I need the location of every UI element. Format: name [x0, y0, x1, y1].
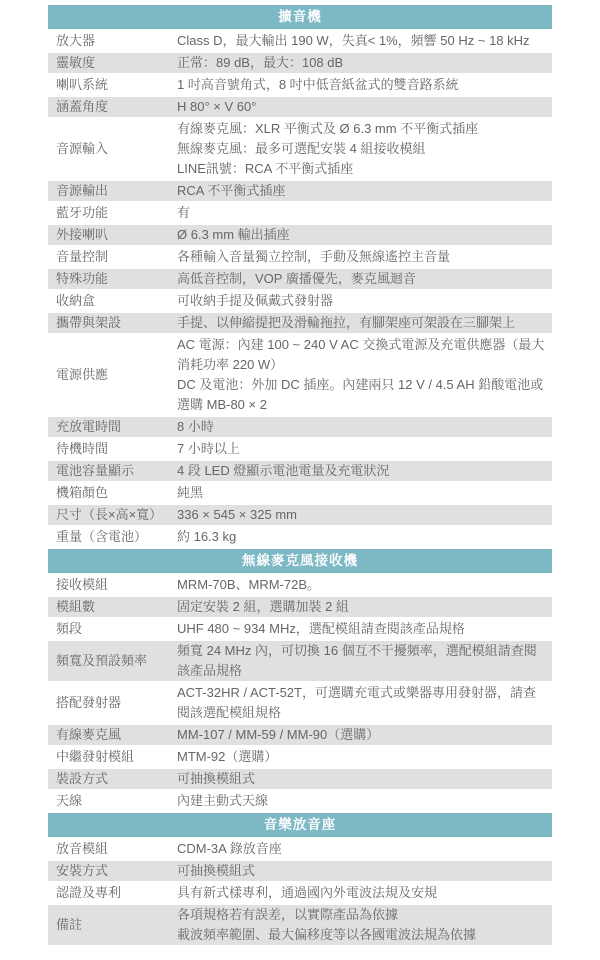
spec-row: 天線內建主動式天線: [48, 791, 552, 813]
spec-section: 音樂放音座放音模組CDM-3A 錄放音座安裝方式可抽換模組式認證及專利具有新式樣…: [48, 813, 552, 947]
row-value: 可收納手提及佩戴式發射器: [177, 291, 552, 311]
spec-row: 安裝方式可抽換模組式: [48, 861, 552, 883]
row-label: 涵蓋角度: [48, 97, 177, 117]
row-label: 外接喇叭: [48, 225, 177, 245]
row-value: 8 小時: [177, 417, 552, 437]
spec-row: 認證及專利具有新式樣專利，通過國內外電波法規及安規: [48, 883, 552, 905]
row-label: 接收模組: [48, 575, 177, 595]
row-label: 電池容量顯示: [48, 461, 177, 481]
row-value: 336 × 545 × 325 mm: [177, 505, 552, 525]
row-label: 認證及專利: [48, 883, 177, 903]
spec-row: 重量（含電池）約 16.3 kg: [48, 527, 552, 549]
spec-row: 放音模組CDM-3A 錄放音座: [48, 839, 552, 861]
spec-row: 特殊功能高低音控制，VOP 廣播優先，麥克風迴音: [48, 269, 552, 291]
row-value: 正常：89 dB，最大：108 dB: [177, 53, 552, 73]
spec-row: 頻段UHF 480 ~ 934 MHz，選配模組請查閱該產品規格: [48, 619, 552, 641]
row-label: 音源輸入: [48, 139, 177, 159]
spec-row: 音源輸出RCA 不平衡式插座: [48, 181, 552, 203]
row-label: 音量控制: [48, 247, 177, 267]
row-value: 具有新式樣專利，通過國內外電波法規及安規: [177, 883, 552, 903]
row-value: 約 16.3 kg: [177, 527, 552, 547]
row-value: 7 小時以上: [177, 439, 552, 459]
row-value: UHF 480 ~ 934 MHz，選配模組請查閱該產品規格: [177, 619, 552, 639]
row-value: Class D，最大輸出 190 W，失真< 1%，頻響 50 Hz ~ 18 …: [177, 31, 552, 51]
row-label: 電源供應: [48, 365, 177, 385]
spec-row: 電源供應AC 電源：內建 100 ~ 240 V AC 交換式電源及充電供應器（…: [48, 335, 552, 417]
row-label: 中繼發射模組: [48, 747, 177, 767]
value-line: 各項規格若有誤差，以實際產品為依據: [177, 905, 546, 925]
spec-row: 攜帶與架設手提、以伸縮提把及滑輪拖拉，有腳架座可架設在三腳架上: [48, 313, 552, 335]
spec-table: 擴音機放大器Class D，最大輸出 190 W，失真< 1%，頻響 50 Hz…: [48, 5, 552, 947]
row-label: 有線麥克風: [48, 725, 177, 745]
value-line: AC 電源：內建 100 ~ 240 V AC 交換式電源及充電供應器（最大消耗…: [177, 335, 546, 375]
row-value: MTM-92（選購）: [177, 747, 552, 767]
spec-row: 模組數固定安裝 2 組，選購加裝 2 組: [48, 597, 552, 619]
row-label: 天線: [48, 791, 177, 811]
row-label: 特殊功能: [48, 269, 177, 289]
section-header: 擴音機: [48, 5, 552, 31]
row-label: 待機時間: [48, 439, 177, 459]
value-line: DC 及電池：外加 DC 插座。內建兩只 12 V / 4.5 AH 鉛酸電池或…: [177, 375, 546, 415]
row-label: 喇叭系統: [48, 75, 177, 95]
spec-row: 靈敏度正常：89 dB，最大：108 dB: [48, 53, 552, 75]
row-value: 純黑: [177, 483, 552, 503]
spec-row: 涵蓋角度H 80° × V 60°: [48, 97, 552, 119]
spec-row: 音源輸入有線麥克風：XLR 平衡式及 Ø 6.3 mm 不平衡式插座無線麥克風：…: [48, 119, 552, 181]
row-label: 安裝方式: [48, 861, 177, 881]
row-value: 1 吋高音號角式，8 吋中低音紙盆式的雙音路系統: [177, 75, 552, 95]
spec-row: 收納盒可收納手提及佩戴式發射器: [48, 291, 552, 313]
row-label: 尺寸（長×高×寬）: [48, 505, 177, 525]
section-header: 無線麥克風接收機: [48, 549, 552, 575]
spec-row: 裝設方式可抽換模組式: [48, 769, 552, 791]
row-label: 攜帶與架設: [48, 313, 177, 333]
row-label: 機箱顏色: [48, 483, 177, 503]
row-label: 音源輸出: [48, 181, 177, 201]
row-label: 重量（含電池）: [48, 527, 177, 547]
value-line: 無線麥克風：最多可選配安裝 4 組接收模組: [177, 139, 546, 159]
row-label: 頻寬及預設頻率: [48, 651, 177, 671]
row-value: 內建主動式天線: [177, 791, 552, 811]
value-line: 有線麥克風：XLR 平衡式及 Ø 6.3 mm 不平衡式插座: [177, 119, 546, 139]
spec-row: 外接喇叭Ø 6.3 mm 輸出插座: [48, 225, 552, 247]
row-value: 頻寬 24 MHz 內，可切換 16 個互不干擾頻率，選配模組請查閱該產品規格: [177, 641, 552, 681]
row-value: CDM-3A 錄放音座: [177, 839, 552, 859]
row-label: 放音模組: [48, 839, 177, 859]
row-value: 各種輸入音量獨立控制，手動及無線遙控主音量: [177, 247, 552, 267]
row-value: Ø 6.3 mm 輸出插座: [177, 225, 552, 245]
spec-row: 充放電時間8 小時: [48, 417, 552, 439]
value-line: 載波頻率範圍、最大偏移度等以各國電波法規為依據: [177, 925, 546, 945]
row-label: 靈敏度: [48, 53, 177, 73]
spec-row: 頻寬及預設頻率頻寬 24 MHz 內，可切換 16 個互不干擾頻率，選配模組請查…: [48, 641, 552, 683]
row-label: 裝設方式: [48, 769, 177, 789]
row-label: 放大器: [48, 31, 177, 51]
row-value: MRM-70B、MRM-72B。: [177, 575, 552, 595]
row-value: RCA 不平衡式插座: [177, 181, 552, 201]
row-value: 有線麥克風：XLR 平衡式及 Ø 6.3 mm 不平衡式插座無線麥克風：最多可選…: [177, 119, 552, 179]
spec-row: 藍牙功能有: [48, 203, 552, 225]
row-label: 模組數: [48, 597, 177, 617]
row-label: 搭配發射器: [48, 693, 177, 713]
row-value: 手提、以伸縮提把及滑輪拖拉，有腳架座可架設在三腳架上: [177, 313, 552, 333]
spec-row: 有線麥克風MM-107 / MM-59 / MM-90（選購）: [48, 725, 552, 747]
row-value: 4 段 LED 燈顯示電池電量及充電狀況: [177, 461, 552, 481]
spec-row: 尺寸（長×高×寬）336 × 545 × 325 mm: [48, 505, 552, 527]
spec-section: 擴音機放大器Class D，最大輸出 190 W，失真< 1%，頻響 50 Hz…: [48, 5, 552, 549]
spec-row: 電池容量顯示4 段 LED 燈顯示電池電量及充電狀況: [48, 461, 552, 483]
row-value: 各項規格若有誤差，以實際產品為依據載波頻率範圍、最大偏移度等以各國電波法規為依據: [177, 905, 552, 945]
row-value: 固定安裝 2 組，選購加裝 2 組: [177, 597, 552, 617]
row-label: 頻段: [48, 619, 177, 639]
row-label: 充放電時間: [48, 417, 177, 437]
row-label: 備註: [48, 915, 177, 935]
section-header: 音樂放音座: [48, 813, 552, 839]
spec-row: 接收模組MRM-70B、MRM-72B。: [48, 575, 552, 597]
row-value: 可抽換模組式: [177, 861, 552, 881]
spec-row: 音量控制各種輸入音量獨立控制，手動及無線遙控主音量: [48, 247, 552, 269]
row-value: 有: [177, 203, 552, 223]
spec-row: 機箱顏色純黑: [48, 483, 552, 505]
row-value: 可抽換模組式: [177, 769, 552, 789]
spec-row: 搭配發射器ACT-32HR / ACT-52T，可選購充電式或樂器專用發射器，請…: [48, 683, 552, 725]
spec-row: 待機時間7 小時以上: [48, 439, 552, 461]
row-value: 高低音控制，VOP 廣播優先，麥克風迴音: [177, 269, 552, 289]
spec-row: 放大器Class D，最大輸出 190 W，失真< 1%，頻響 50 Hz ~ …: [48, 31, 552, 53]
value-line: LINE訊號：RCA 不平衡式插座: [177, 159, 546, 179]
row-value: ACT-32HR / ACT-52T，可選購充電式或樂器專用發射器，請查閱該選配…: [177, 683, 552, 723]
row-value: MM-107 / MM-59 / MM-90（選購）: [177, 725, 552, 745]
row-label: 收納盒: [48, 291, 177, 311]
spec-row: 備註各項規格若有誤差，以實際產品為依據載波頻率範圍、最大偏移度等以各國電波法規為…: [48, 905, 552, 947]
row-value: AC 電源：內建 100 ~ 240 V AC 交換式電源及充電供應器（最大消耗…: [177, 335, 552, 415]
row-value: H 80° × V 60°: [177, 97, 552, 117]
spec-row: 喇叭系統1 吋高音號角式，8 吋中低音紙盆式的雙音路系統: [48, 75, 552, 97]
spec-row: 中繼發射模組MTM-92（選購）: [48, 747, 552, 769]
spec-section: 無線麥克風接收機接收模組MRM-70B、MRM-72B。模組數固定安裝 2 組，…: [48, 549, 552, 813]
row-label: 藍牙功能: [48, 203, 177, 223]
